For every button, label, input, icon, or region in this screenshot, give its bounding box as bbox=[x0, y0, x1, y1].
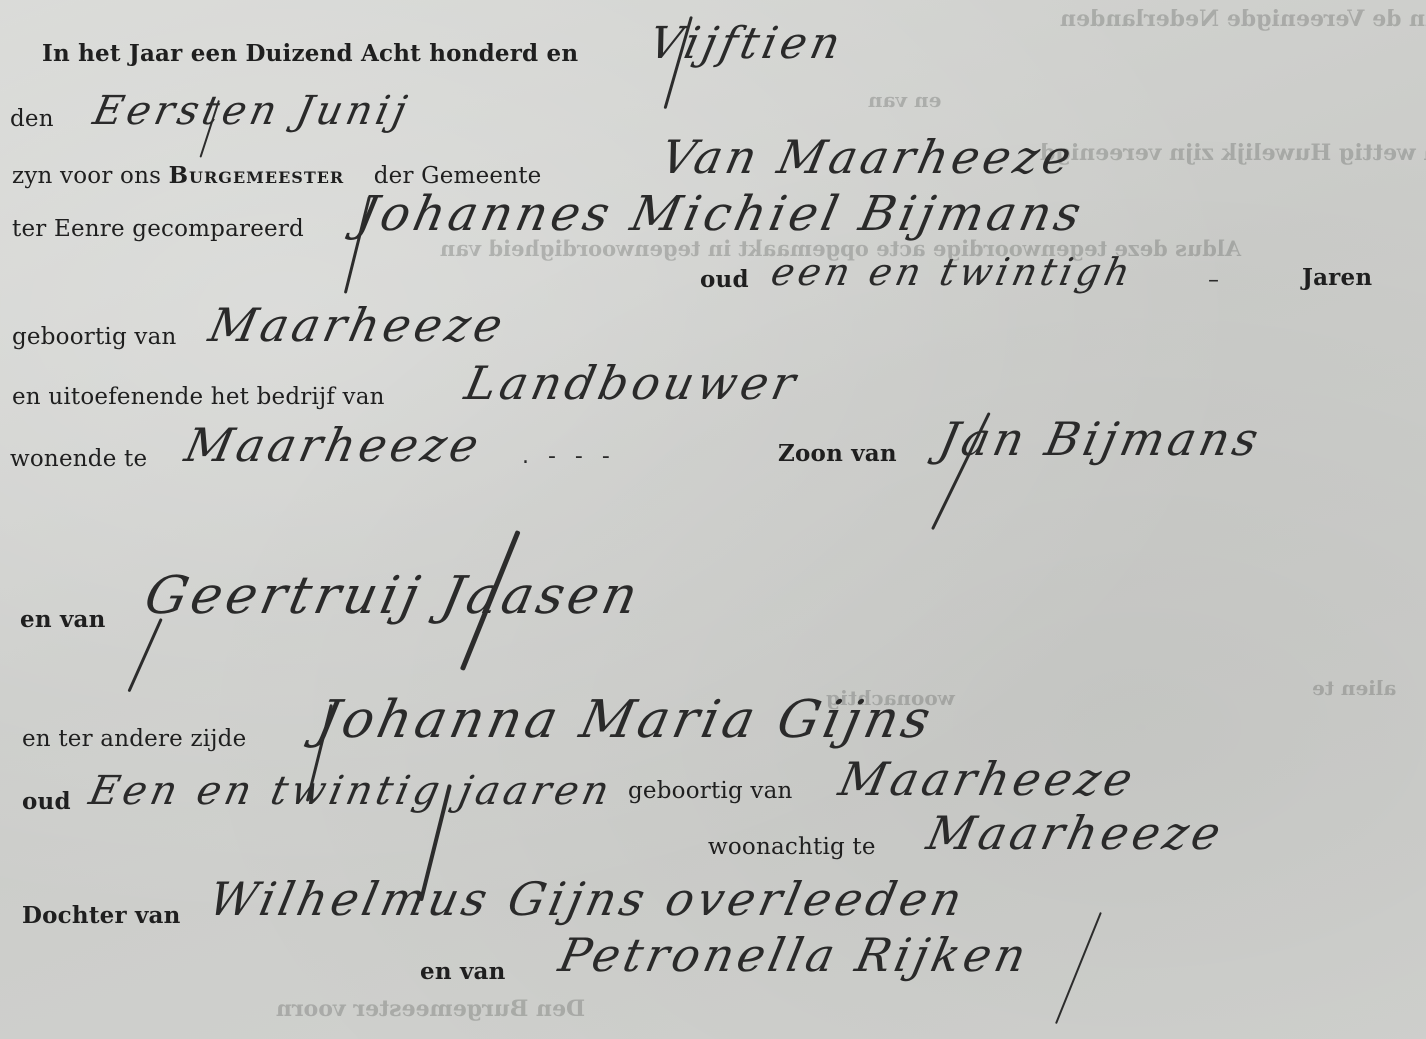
label-groom-age-unit: Jaren bbox=[1302, 264, 1372, 291]
label-mayor-title: Burgemeester bbox=[169, 162, 345, 189]
pen-stroke bbox=[1055, 912, 1102, 1024]
label-bride-age: oud bbox=[22, 788, 71, 815]
value-year: Vijftien bbox=[645, 18, 849, 69]
bleed-through-text: en van bbox=[868, 88, 941, 112]
label-groom-mother: en van bbox=[20, 606, 106, 633]
label-bride-birthplace: geboortig van bbox=[628, 778, 793, 804]
label-groom-father: Zoon van bbox=[778, 440, 897, 467]
filler-dash: . - - - bbox=[522, 444, 616, 469]
value-bride-mother: Petronella Rijken bbox=[554, 928, 1034, 982]
value-municipality: Van Maarheeze bbox=[656, 130, 1080, 184]
value-bride-birthplace: Maarheeze bbox=[834, 752, 1141, 806]
label-mayor-prefix: zyn voor ons bbox=[12, 163, 161, 189]
label-bride-residence: woonachtig te bbox=[708, 834, 876, 860]
value-groom-mother: Geertruij Jaasen bbox=[140, 566, 647, 626]
value-bride-age: Een en twintig jaaren bbox=[85, 768, 617, 814]
label-occupation: en uitoefenende het bedrijf van bbox=[12, 384, 385, 410]
label-groom-residence: wonende te bbox=[10, 446, 147, 472]
label-date: den bbox=[10, 106, 54, 132]
bleed-through-text: door een wettig Huwelijk zijn vereenigd bbox=[1040, 140, 1426, 166]
label-groom-birthplace: geboortig van bbox=[12, 324, 177, 350]
value-bride-father: Wilhelmus Gijns overleeden bbox=[204, 872, 970, 926]
value-date: Eersten Junij bbox=[89, 88, 414, 134]
value-groom-birthplace: Maarheeze bbox=[204, 298, 511, 352]
label-bride: en ter andere zijde bbox=[22, 726, 246, 752]
bleed-through-text: alien te bbox=[1312, 676, 1396, 700]
document-page: NASSAU, Souverein van de Vereenigde Nede… bbox=[0, 0, 1426, 1039]
value-groom-residence: Maarheeze bbox=[180, 418, 487, 472]
label-groom-age: oud bbox=[700, 266, 749, 293]
label-bride-mother: en van bbox=[420, 958, 506, 985]
label-year: In het Jaar een Duizend Acht honderd en bbox=[42, 40, 578, 67]
value-bride-residence: Maarheeze bbox=[922, 806, 1229, 860]
filler-dash: – bbox=[1208, 268, 1225, 293]
value-bride-name: Johanna Maria Gijns bbox=[312, 690, 940, 750]
pen-stroke bbox=[344, 196, 371, 294]
value-groom-name: Johannes Michiel Bijmans bbox=[352, 186, 1090, 242]
bleed-through-text: Den Burgemeester voorn bbox=[276, 996, 585, 1022]
value-occupation: Landbouwer bbox=[460, 356, 804, 410]
bleed-through-text: NASSAU, Souverein van de Vereenigde Nede… bbox=[1060, 6, 1426, 32]
pen-stroke bbox=[127, 618, 162, 692]
label-groom: ter Eenre gecompareerd bbox=[12, 216, 304, 242]
label-mayor: zyn voor ons Burgemeester der Gemeente bbox=[12, 162, 541, 189]
value-groom-age: een en twintigh bbox=[767, 250, 1138, 294]
label-bride-father: Dochter van bbox=[22, 902, 181, 929]
